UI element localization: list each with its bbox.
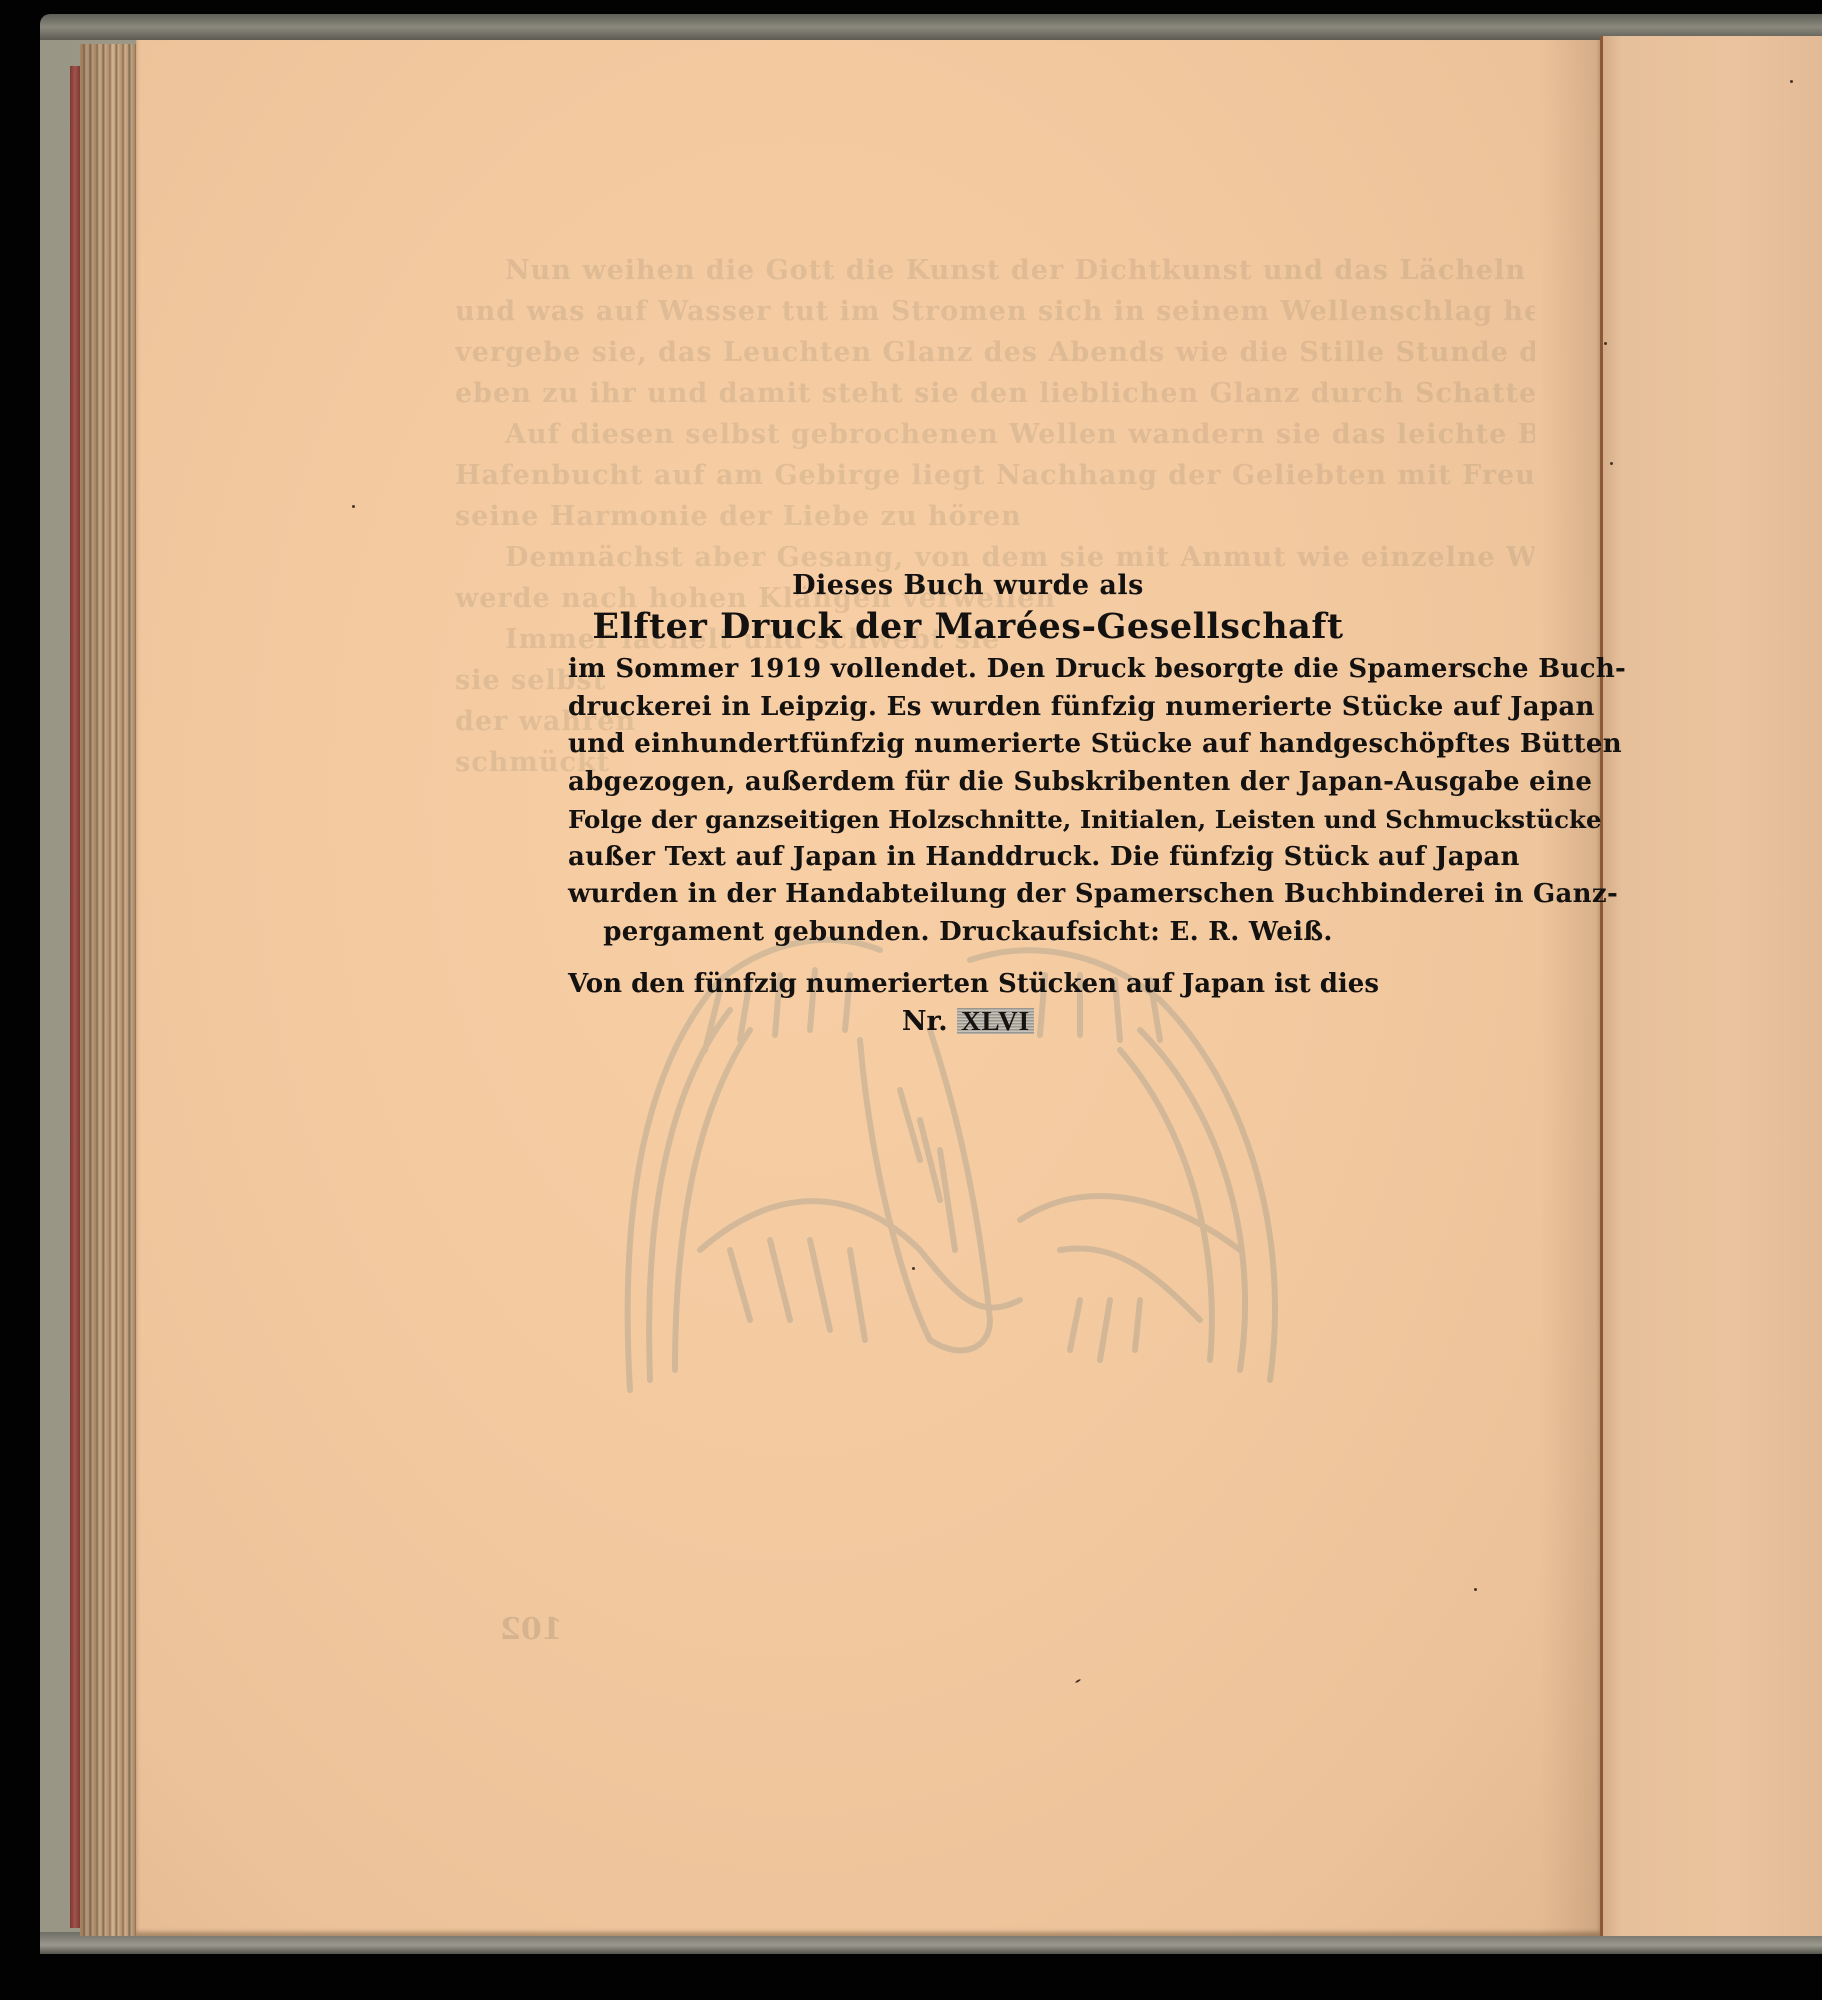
colophon-body-line: druckerei in Leipzig. Es wurden fünfzig … (568, 689, 1368, 727)
colophon-body-line: pergament gebunden. Druckaufsicht: E. R.… (568, 914, 1368, 952)
colophon-body-line: und einhundertfünfzig numerierte Stücke … (568, 726, 1368, 764)
colophon-title: Elfter Druck der Marées-Gesellschaft (568, 605, 1368, 649)
colophon-body-line: Folge der ganzseitigen Holzschnitte, Ini… (568, 801, 1368, 839)
paper-speck (1604, 342, 1607, 345)
scanned-book-spread: Nun weihen die Gott die Kunst der Dichtk… (0, 0, 1822, 2000)
copy-number-line: Nr. XLVI (568, 1003, 1368, 1041)
paper-speck (1610, 462, 1613, 465)
gutter-line (1600, 36, 1603, 1936)
colophon-block: Dieses Buch wurde als Elfter Druck der M… (568, 567, 1368, 1041)
bleed-page-number: 102 (500, 1612, 563, 1647)
paper-speck (1790, 80, 1793, 83)
facing-page-right (1600, 36, 1822, 1936)
colophon-body-line: im Sommer 1919 vollendet. Den Druck beso… (568, 651, 1368, 689)
paper-speck (1474, 1588, 1477, 1591)
paper-speck (912, 1267, 915, 1270)
colophon-body-line: wurden in der Handabteilung der Spamersc… (568, 876, 1368, 914)
page-edges-shadow (80, 44, 138, 1936)
copy-number-stamp: XLVI (957, 1008, 1034, 1034)
colophon-body-line: außer Text auf Japan in Handdruck. Die f… (568, 839, 1368, 877)
red-spine-binding (70, 66, 80, 1928)
colophon-intro: Dieses Buch wurde als (568, 567, 1368, 605)
paper-speck (352, 505, 355, 508)
edition-statement: Von den fünfzig numerierten Stücken auf … (568, 965, 1368, 1003)
cover-top-edge (40, 14, 1822, 40)
number-prefix: Nr. (902, 1006, 948, 1037)
colophon-body-line: abgezogen, außerdem für die Subskribente… (568, 764, 1368, 802)
